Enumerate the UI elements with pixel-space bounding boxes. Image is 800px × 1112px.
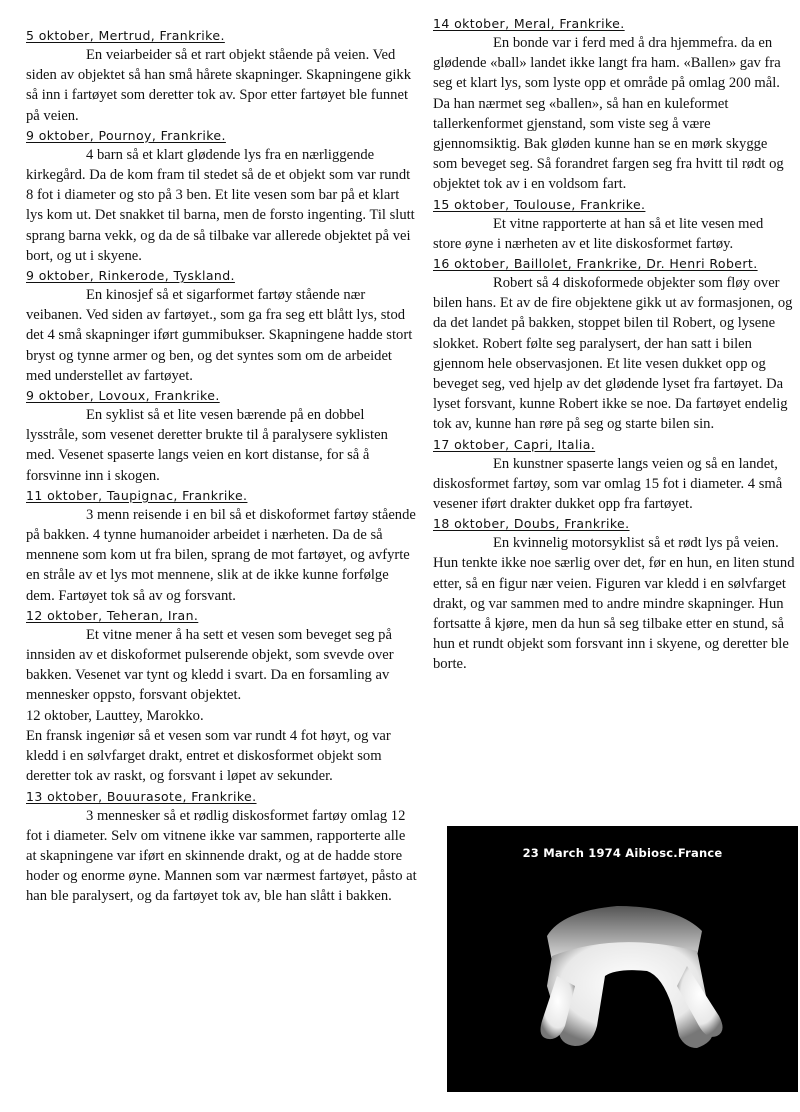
entry-heading-plain: 12 oktober, Lauttey, Marokko. xyxy=(26,706,418,726)
report-entry: 9 oktober, Lovoux, Frankrike. En syklist… xyxy=(26,386,418,486)
entry-heading: 15 oktober, Toulouse, Frankrike. xyxy=(433,197,645,212)
ufo-drawing-photo: 23 March 1974 Aibiosc.France xyxy=(447,826,798,1092)
report-entry: 9 oktober, Pournoy, Frankrike. 4 barn så… xyxy=(26,126,418,266)
entry-heading: 14 oktober, Meral, Frankrike. xyxy=(433,16,625,31)
report-entry: 12 oktober, Lauttey, Marokko. En fransk … xyxy=(26,706,418,787)
entry-text: En syklist så et lite vesen bærende på e… xyxy=(26,405,418,486)
report-entry: 5 oktober, Mertrud, Frankrike. En veiarb… xyxy=(26,26,418,126)
entry-heading: 16 oktober, Baillolet, Frankrike, Dr. He… xyxy=(433,256,758,271)
entry-text: En kunstner spaserte langs veien og så e… xyxy=(433,454,795,515)
entry-heading: 9 oktober, Lovoux, Frankrike. xyxy=(26,388,220,403)
entry-text: 3 menn reisende i en bil så et diskoform… xyxy=(26,505,418,606)
entry-text: Robert så 4 diskoformede objekter som fl… xyxy=(433,273,795,435)
photo-caption: 23 March 1974 Aibiosc.France xyxy=(447,846,798,860)
report-entry: 12 oktober, Teheran, Iran. Et vitne mene… xyxy=(26,606,418,706)
entry-text: En bonde var i ferd med å dra hjemmefra.… xyxy=(433,33,795,195)
entry-text: Et vitne rapporterte at han så et lite v… xyxy=(433,214,795,254)
entry-heading: 9 oktober, Pournoy, Frankrike. xyxy=(26,128,226,143)
ufo-figure-illustration xyxy=(447,826,798,1092)
report-entry: 11 oktober, Taupignac, Frankrike. 3 menn… xyxy=(26,486,418,606)
entry-text: En kvinnelig motorsyklist så et rødt lys… xyxy=(433,533,795,674)
left-column: 5 oktober, Mertrud, Frankrike. En veiarb… xyxy=(26,26,418,907)
report-entry: 18 oktober, Doubs, Frankrike. En kvinnel… xyxy=(433,514,795,674)
entry-heading: 17 oktober, Capri, Italia. xyxy=(433,437,595,452)
entry-heading: 9 oktober, Rinkerode, Tyskland. xyxy=(26,268,235,283)
report-entry: 17 oktober, Capri, Italia. En kunstner s… xyxy=(433,435,795,515)
entry-text: 4 barn så et klart glødende lys fra en n… xyxy=(26,145,418,266)
entry-text: Et vitne mener å ha sett et vesen som be… xyxy=(26,625,418,706)
entry-heading: 13 oktober, Bouurasote, Frankrike. xyxy=(26,789,257,804)
entry-text: 3 mennesker så et rødlig diskosformet fa… xyxy=(26,806,418,907)
entry-heading: 12 oktober, Teheran, Iran. xyxy=(26,608,198,623)
entry-text: En veiarbeider så et rart objekt stående… xyxy=(26,45,418,126)
report-entry: 13 oktober, Bouurasote, Frankrike. 3 men… xyxy=(26,787,418,907)
report-entry: 15 oktober, Toulouse, Frankrike. Et vitn… xyxy=(433,195,795,254)
entry-text: En kinosjef så et sigarformet fartøy stå… xyxy=(26,285,418,386)
entry-heading: 11 oktober, Taupignac, Frankrike. xyxy=(26,488,247,503)
report-entry: 9 oktober, Rinkerode, Tyskland. En kinos… xyxy=(26,266,418,386)
entry-heading: 18 oktober, Doubs, Frankrike. xyxy=(433,516,630,531)
report-entry: 14 oktober, Meral, Frankrike. En bonde v… xyxy=(433,14,795,195)
right-column: 14 oktober, Meral, Frankrike. En bonde v… xyxy=(433,14,795,675)
entry-text: En fransk ingeniør så et vesen som var r… xyxy=(26,726,418,787)
report-entry: 16 oktober, Baillolet, Frankrike, Dr. He… xyxy=(433,254,795,435)
entry-heading: 5 oktober, Mertrud, Frankrike. xyxy=(26,28,225,43)
